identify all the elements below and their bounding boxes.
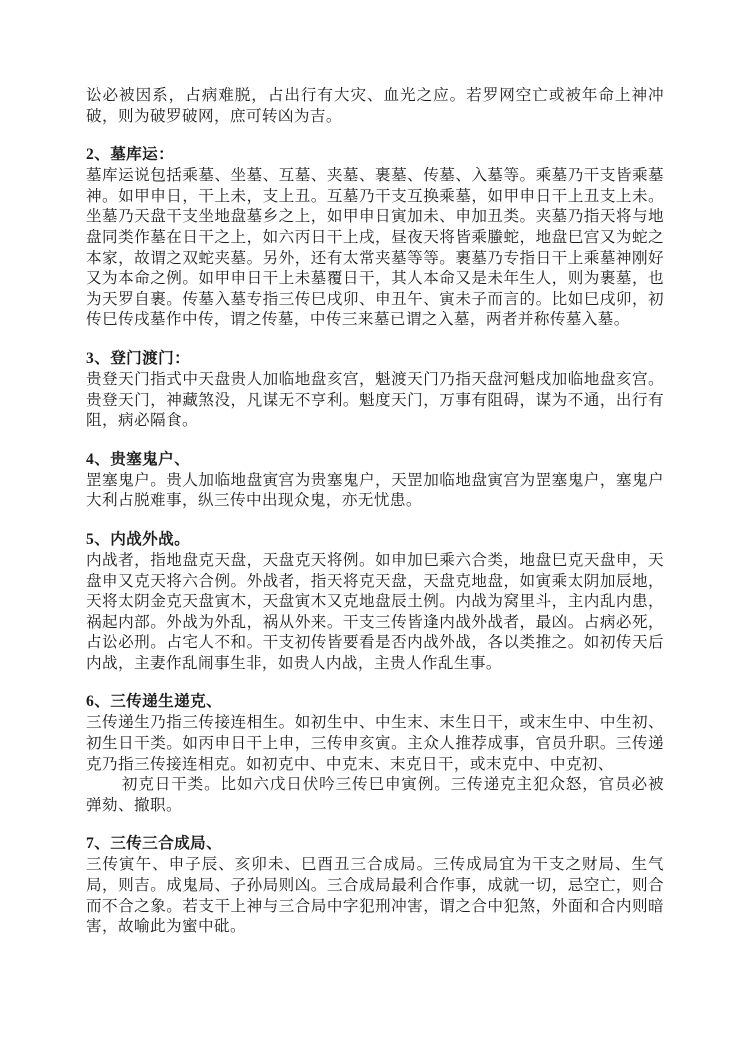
doc-section: 3、登门渡门：贵登天门指式中天盘贵人加临地盘亥宫，魁渡天门乃指天盘河魁戌加临地盘…: [86, 348, 664, 432]
section-paragraph: 三传递生乃指三传接连相生。如初生中、中生末、末生日干，或末生中、中生初、初生日干…: [86, 713, 664, 775]
section-heading: 4、贵塞鬼户、: [86, 449, 664, 470]
doc-section: 4、贵塞鬼户、罡塞鬼户。贵人加临地盘寅宫为贵塞鬼户，天罡加临地盘寅宫为罡塞鬼户，…: [86, 449, 664, 512]
document-page: 讼必被因系，占病难脱，占出行有大灾、血光之应。若罗网空亡或被年命上神冲破，则为破…: [0, 0, 750, 1061]
section-paragraph: 三传寅午、申子辰、亥卯未、巳酉丑三合成局。三传成局宜为干支之财局、生气局，则吉。…: [86, 855, 664, 937]
doc-section: 2、墓库运：墓库运说包括乘墓、坐墓、互墓、夹墓、裹墓、传墓、入墓等。乘墓乃干支皆…: [86, 144, 664, 331]
section-heading: 2、墓库运：: [86, 144, 664, 165]
section-paragraph: 罡塞鬼户。贵人加临地盘寅宫为贵塞鬼户，天罡加临地盘寅宫为罡塞鬼户，塞鬼户大利占脱…: [86, 471, 664, 512]
sections-container: 2、墓库运：墓库运说包括乘墓、坐墓、互墓、夹墓、裹墓、传墓、入墓等。乘墓乃干支皆…: [86, 144, 664, 938]
doc-section: 6、三传递生递克、三传递生乃指三传接连相生。如初生中、中生末、末生日干，或末生中…: [86, 691, 664, 816]
section-heading: 3、登门渡门：: [86, 348, 664, 369]
doc-section: 7、三传三合成局、三传寅午、申子辰、亥卯未、巳酉丑三合成局。三传成局宜为干支之财…: [86, 833, 664, 937]
section-heading: 6、三传递生递克、: [86, 691, 664, 712]
section-paragraph: 初克日干类。比如六戊日伏吟三传巳申寅例。三传递克主犯众怒，官员必被弹劾、撤职。: [86, 775, 664, 816]
section-paragraph: 墓库运说包括乘墓、坐墓、互墓、夹墓、裹墓、传墓、入墓等。乘墓乃干支皆乘墓神。如甲…: [86, 166, 664, 331]
doc-section: 5、内战外战。内战者，指地盘克天盘，天盘克天将例。如申加巳乘六合类，地盘巳克天盘…: [86, 529, 664, 675]
section-paragraph: 贵登天门指式中天盘贵人加临地盘亥宫，魁渡天门乃指天盘河魁戌加临地盘亥宫。贵登天门…: [86, 370, 664, 432]
lead-paragraph: 讼必被因系，占病难脱，占出行有大灾、血光之应。若罗网空亡或被年命上神冲破，则为破…: [86, 86, 664, 127]
section-paragraph: 内战者，指地盘克天盘，天盘克天将例。如申加巳乘六合类，地盘巳克天盘申，天盘申又克…: [86, 551, 664, 675]
section-heading: 5、内战外战。: [86, 529, 664, 550]
section-heading: 7、三传三合成局、: [86, 833, 664, 854]
